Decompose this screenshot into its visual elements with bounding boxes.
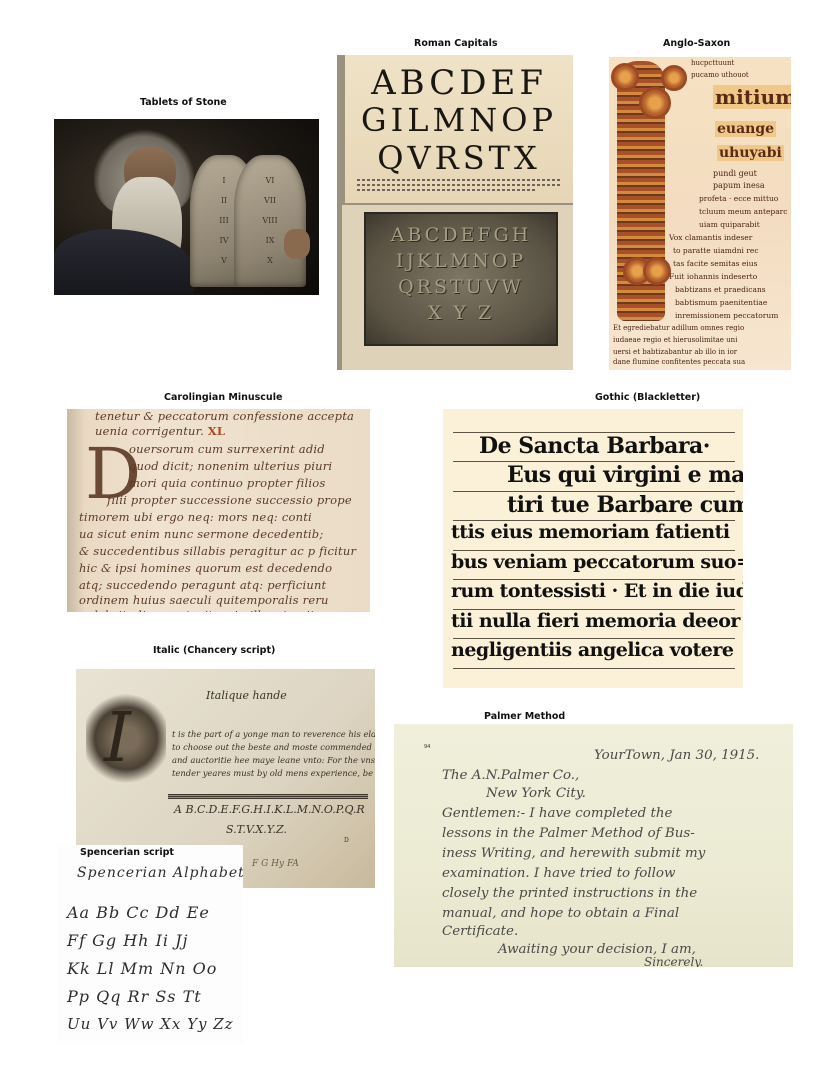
page-number: 94 xyxy=(424,744,430,750)
italic-label: Italic (Chancery script) xyxy=(153,645,275,656)
italic-alphabet: S.T.V.X.Y.Z. xyxy=(226,823,287,836)
signature-mark: D xyxy=(344,837,349,844)
letter-line: New York City. xyxy=(486,786,586,801)
manuscript-line: euange xyxy=(715,121,776,137)
roman-row: GILMNOP xyxy=(345,101,573,139)
spencerian-row: Aa Bb Cc Dd Ee xyxy=(67,903,210,922)
gothic-blackletter-image: De Sancta Barbara· Eus qui virgini e mar… xyxy=(443,409,743,688)
rubric-numeral: XL xyxy=(208,424,225,438)
roman-inscription-slab: ABCDEFGH IJKLMNOP QRSTUVW X Y Z xyxy=(364,212,558,346)
ornamental-initial: I xyxy=(86,691,166,786)
letter-line: closely the printed instructions in the xyxy=(442,886,697,901)
manuscript-line: mori quia continuo propter filios xyxy=(129,476,326,490)
initial-letter: I xyxy=(104,699,131,778)
letter-line: The A.N.Palmer Co., xyxy=(442,768,579,783)
blackletter-line: tii nulla fieri memoria deeor xyxy=(451,610,740,632)
manuscript-line: iudaeae regio et hierusolimitae uni xyxy=(613,336,737,344)
inscription-row: ABCDEFGH xyxy=(366,222,556,248)
manuscript-line: ouersorum cum surrexerint adid xyxy=(129,442,325,456)
blackletter-line: rum tontessisti · Et in die iudi xyxy=(451,580,743,602)
roman-row: QVRSTX xyxy=(345,139,573,177)
fine-print xyxy=(357,189,537,191)
numeral: VI xyxy=(234,171,306,191)
italic-line: t is the part of a yonge man to reverenc… xyxy=(172,729,375,739)
inscription-row: X Y Z xyxy=(366,300,556,326)
manuscript-line: uhuyabi xyxy=(717,145,784,161)
tablets-label: Tablets of Stone xyxy=(140,97,227,108)
numeral: VIII xyxy=(234,211,306,231)
manuscript-line: timorem ubi ergo neq: mors neq: conti xyxy=(79,510,312,524)
palmer-label: Palmer Method xyxy=(484,711,565,722)
blackletter-line: bus veniam peccatorum suo= xyxy=(451,551,743,573)
knotwork-ornament xyxy=(611,63,639,91)
manuscript-line: to paratte uiamdni rec xyxy=(673,246,759,255)
manuscript-line: Et egrediebatur adillum omnes regio xyxy=(613,324,744,332)
inscription-row: IJKLMNOP xyxy=(366,248,556,274)
margin-scribbles: F G Hy FA xyxy=(252,859,299,869)
manuscript-line: tcluum meum anteparc xyxy=(699,207,787,216)
manuscript-line: uenia corrigentur. XL xyxy=(95,424,225,438)
manuscript-line: tas facite semitas eius xyxy=(673,259,757,268)
manuscript-line: babtizans et praedicans xyxy=(675,285,766,294)
manuscript-line: hucpcttuunt xyxy=(691,59,734,67)
italic-heading: Italique hande xyxy=(206,689,287,702)
blackletter-line: ttis eius memoriam fatienti xyxy=(451,521,730,543)
roman-capitals-sheet: ABCDEF GILMNOP QVRSTX xyxy=(345,55,573,203)
manuscript-line: Vox clamantis indeser xyxy=(669,233,752,242)
letter-line: lessons in the Palmer Method of Bus- xyxy=(442,826,695,841)
blackletter-line: tiri tue Barbare cum xyxy=(507,492,743,518)
manuscript-line: & succedentibus sillabis peragitur ac p … xyxy=(79,544,356,558)
letter-line: examination. I have tried to follow xyxy=(442,866,675,881)
manuscript-line: uiam quiparabit xyxy=(699,220,760,229)
manuscript-line: pundi geut xyxy=(713,169,757,178)
fine-print xyxy=(357,184,562,186)
manuscript-line: uersi et babtizabantur ab illo in ior xyxy=(613,348,737,356)
manuscript-display: euange xyxy=(715,121,776,137)
italic-line: to choose out the beste and moste commen… xyxy=(172,742,375,752)
carolingian-minuscule-image: D tenetur & peccatorum confessione accep… xyxy=(67,409,370,612)
manuscript-line: profeta · ecce mittuo xyxy=(699,194,778,203)
spencerian-row: Pp Qq Rr Ss Tt xyxy=(67,987,202,1006)
letter-signoff: Sincerely. xyxy=(644,955,703,967)
manuscript-line: tenetur & peccatorum confessione accepta xyxy=(95,409,354,423)
manuscript-line: babtismum paenitentiae xyxy=(675,298,767,307)
numeral: VII xyxy=(234,191,306,211)
spencerian-row: Ff Gg Hh Ii Jj xyxy=(67,931,188,950)
knotwork-ornament xyxy=(639,87,671,119)
letter-date: YourTown, Jan 30, 1915. xyxy=(594,748,759,763)
manuscript-line: pulchritudine contexitur; in illeaute ui… xyxy=(79,608,329,612)
letter-line: manual, and hope to obtain a Final xyxy=(442,906,679,921)
spencerian-row: Uu Vv Ww Xx Yy Zz xyxy=(67,1015,234,1033)
manuscript-line: mitium xyxy=(713,85,791,110)
manuscript-line: ordinem huius saeculi quitemporalis reru xyxy=(79,593,329,607)
anglo-saxon-label: Anglo-Saxon xyxy=(663,38,730,49)
knotwork-ornament xyxy=(643,257,671,285)
blackletter-line: Eus qui virgini e mar xyxy=(507,462,743,488)
roman-capitals-image: ABCDEF GILMNOP QVRSTX ABCDEFGH IJKLMNOP … xyxy=(337,55,573,370)
manuscript-line: quod dicit; nonenim ulterius piuri xyxy=(129,459,332,473)
inscription-row: QRSTUVW xyxy=(366,274,556,300)
letter-line: Gentlemen:- I have completed the xyxy=(442,806,672,821)
letter-line: iness Writing, and herewith submit my xyxy=(442,846,705,861)
spencerian-title: Spencerian Alphabet xyxy=(77,865,243,881)
fine-print xyxy=(357,179,562,181)
manuscript-display: uhuyabi xyxy=(717,145,784,161)
italic-alphabet: A B.C.D.E.F.G.H.I.K.L.M.N.O.P.Q.R xyxy=(174,803,365,816)
palmer-method-image: 94 YourTown, Jan 30, 1915. The A.N.Palme… xyxy=(394,724,793,967)
knotwork-ornament xyxy=(661,65,687,91)
manuscript-line: papum inesa xyxy=(713,181,765,190)
figure-hand xyxy=(284,229,310,259)
carolingian-label: Carolingian Minuscule xyxy=(164,392,282,403)
spencerian-row: Kk Ll Mm Nn Oo xyxy=(67,959,217,978)
manuscript-line: filii propter successione successio prop… xyxy=(107,493,352,507)
rule-bar xyxy=(168,794,368,799)
manuscript-text: uenia corrigentur. xyxy=(95,424,204,438)
manuscript-line: dane flumine confitentes peccata sua xyxy=(613,358,745,366)
gothic-label: Gothic (Blackletter) xyxy=(595,392,700,403)
blackletter-line: De Sancta Barbara· xyxy=(479,433,710,459)
spencerian-script-image: Spencerian Alphabet Aa Bb Cc Dd Ee Ff Gg… xyxy=(57,845,243,1044)
spencerian-label: Spencerian script xyxy=(80,847,174,858)
italic-line: and auctoritie hee maye leane vnto: For … xyxy=(172,755,375,765)
roman-label: Roman Capitals xyxy=(414,38,498,49)
letter-line: Certificate. xyxy=(442,924,518,939)
manuscript-line: inremissionem peccatorum xyxy=(675,311,778,320)
manuscript-line: Fuit iohannis indeserto xyxy=(669,272,757,281)
ruled-line xyxy=(453,668,735,669)
blackletter-line: negligentiis angelica votere xyxy=(451,639,733,661)
manuscript-display: mitium xyxy=(713,85,791,109)
tablets-of-stone-image: I II III IV V VI VII VIII IX X xyxy=(54,119,319,295)
italic-line: tender yeares must by old mens experienc… xyxy=(172,768,375,778)
roman-row: ABCDEF xyxy=(345,63,573,103)
manuscript-line: ua sicut enim nunc sermone decedentib; xyxy=(79,527,323,541)
manuscript-line: atq; succedendo peragunt atq: perficiunt xyxy=(79,578,326,592)
manuscript-line: hic & ipsi homines quorum est decedendo xyxy=(79,561,332,575)
anglo-saxon-image: hucpcttuunt pucamo uthouot mitium euange… xyxy=(609,57,791,370)
stone-tablet-right: VI VII VIII IX X xyxy=(234,155,306,287)
manuscript-line: pucamo uthouot xyxy=(691,71,749,79)
